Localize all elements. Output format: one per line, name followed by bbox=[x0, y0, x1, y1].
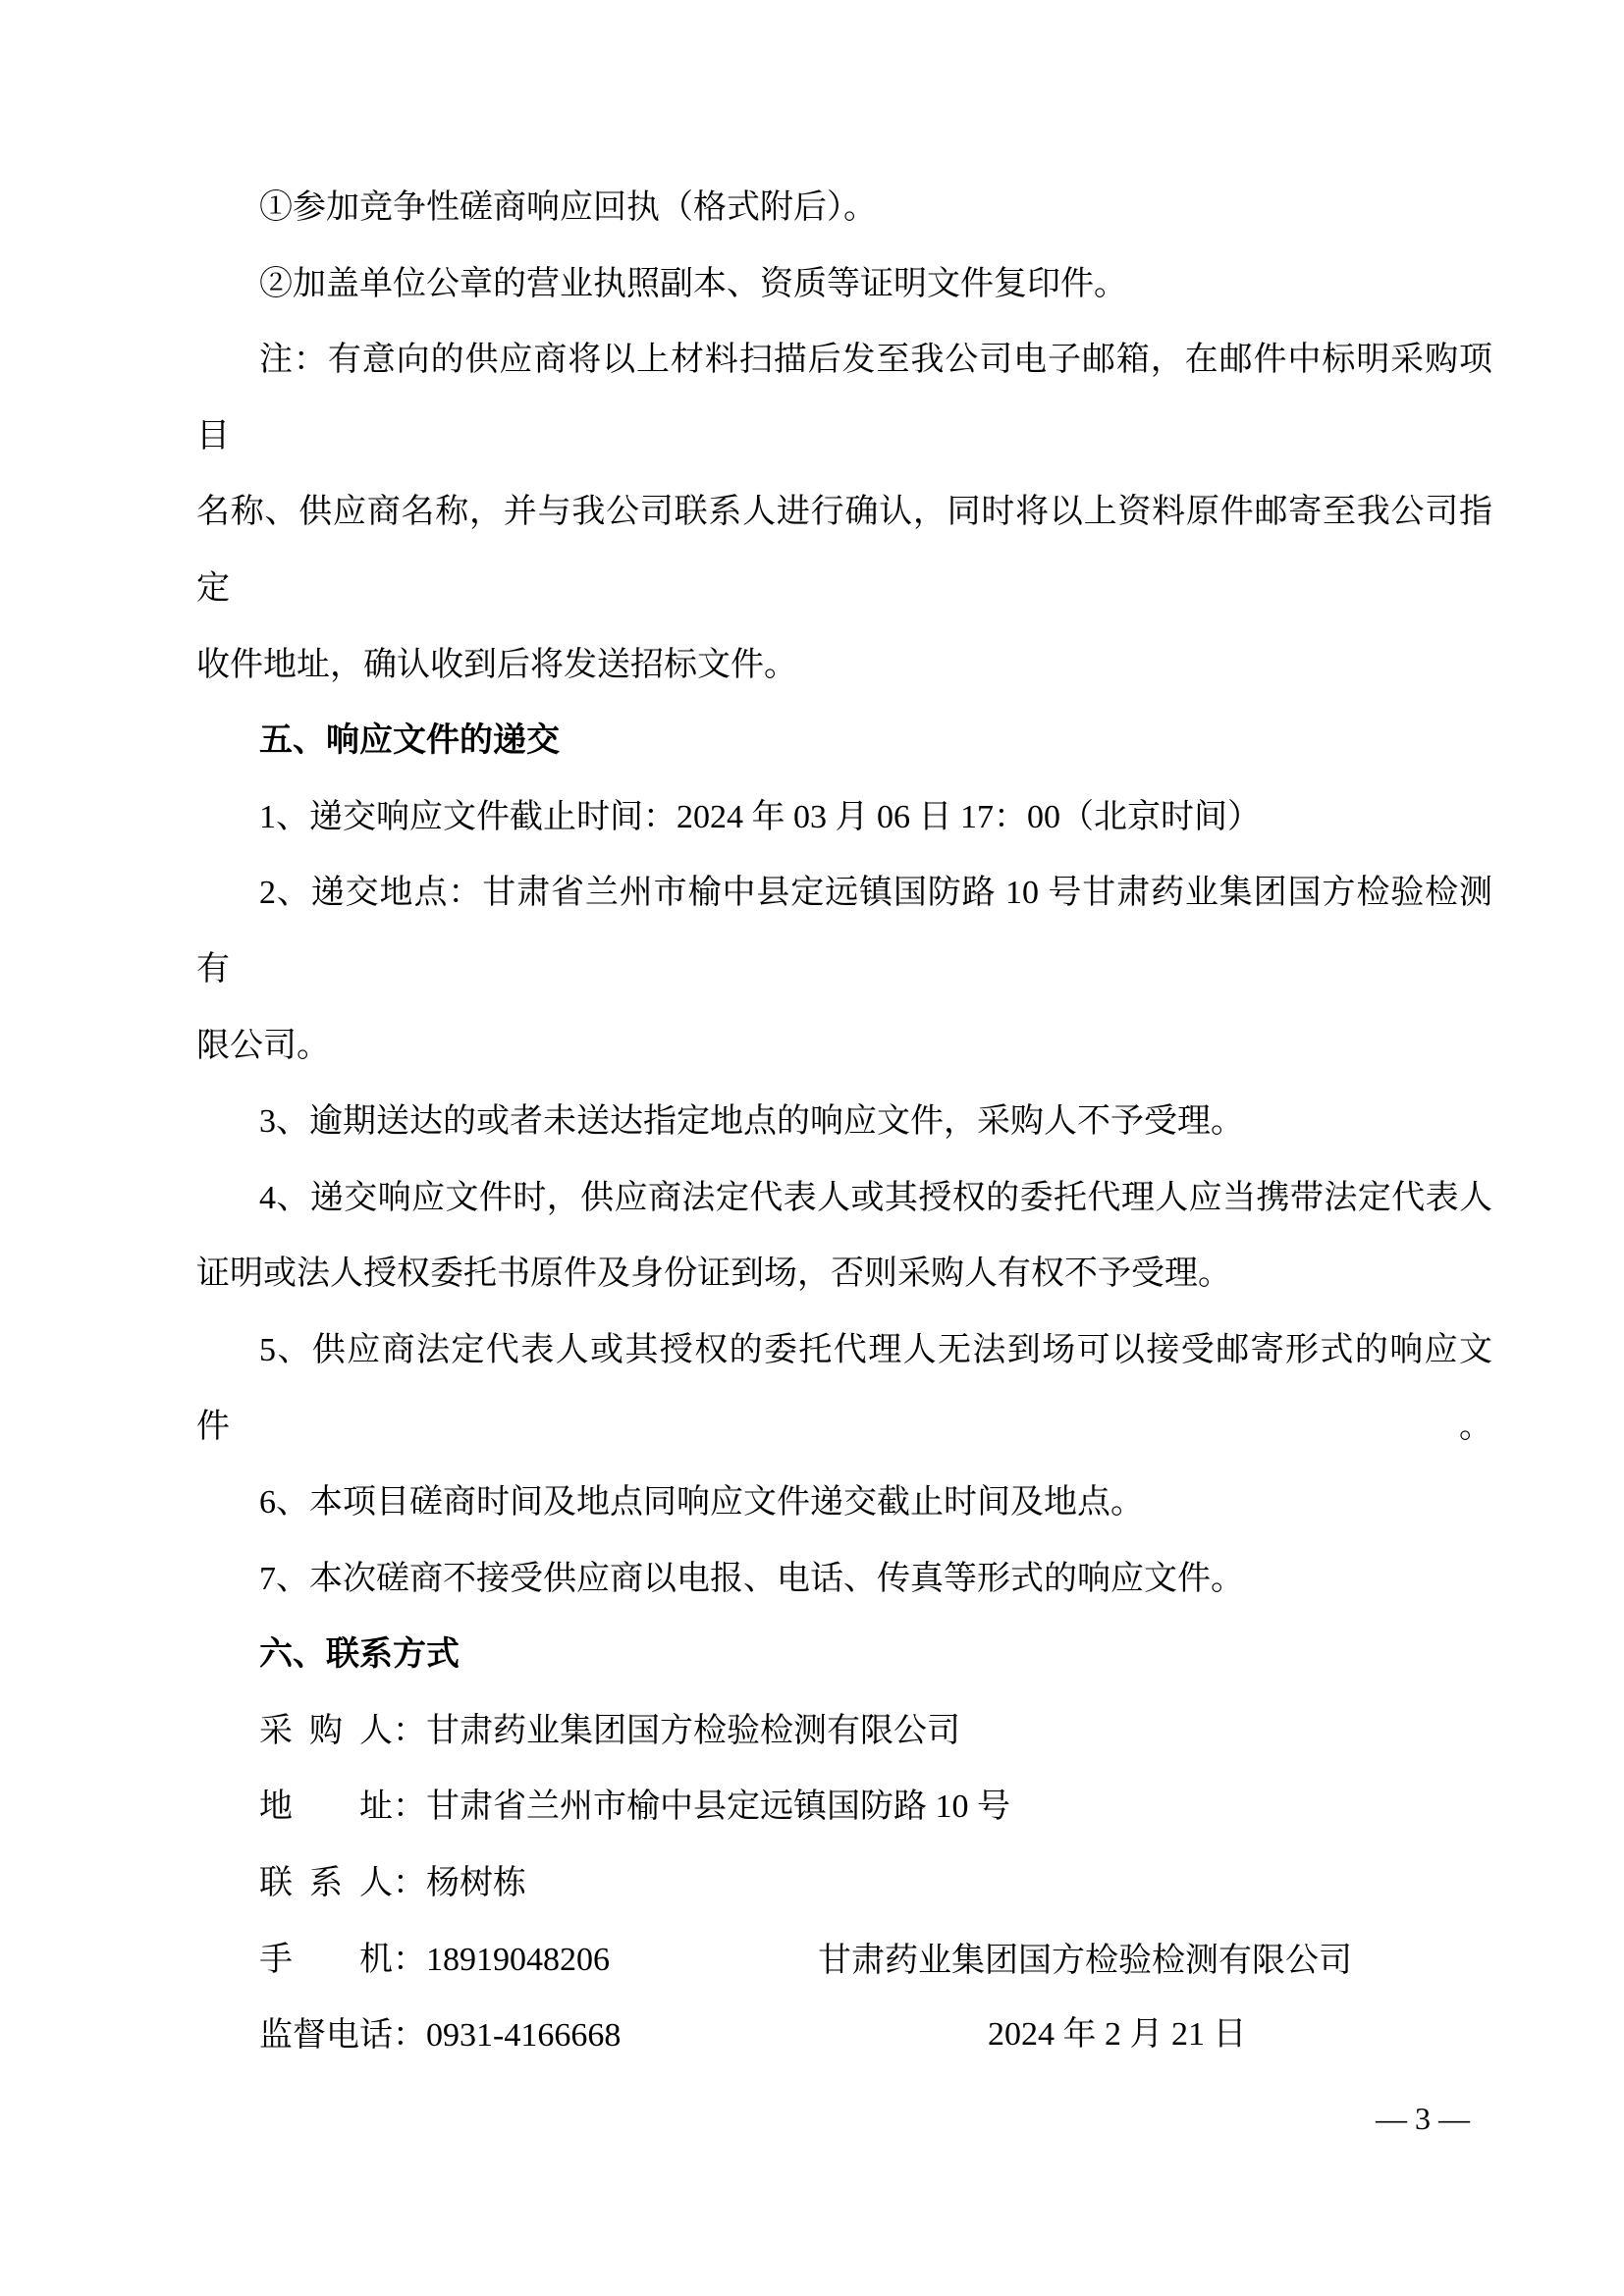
circled-item-1: ①参加竞争性磋商响应回执（格式附后）。 bbox=[196, 170, 1492, 246]
document-page: ①参加竞争性磋商响应回执（格式附后）。 ②加盖单位公章的营业执照副本、资质等证明… bbox=[0, 0, 1624, 2296]
numbered-item-4-representative-line-2: 证明或法人授权委托书原件及身份证到场，否则采购人有权不予受理。 bbox=[196, 1236, 1492, 1312]
section-heading-contact: 六、联系方式 bbox=[196, 1617, 1492, 1693]
numbered-item-3-late-delivery: 3、逾期送达的或者未送达指定地点的响应文件，采购人不予受理。 bbox=[196, 1084, 1492, 1160]
document-body: ①参加竞争性磋商响应回执（格式附后）。 ②加盖单位公章的营业执照副本、资质等证明… bbox=[196, 170, 1492, 2074]
contact-supervision-phone: 监督电话：0931-4166668 bbox=[196, 1998, 1492, 2074]
numbered-item-5-mailing: 5、供应商法定代表人或其授权的委托代理人无法到场可以接受邮寄形式的响应文件。 bbox=[196, 1312, 1492, 1465]
note-paragraph-line-3: 收件地址，确认收到后将发送招标文件。 bbox=[196, 627, 1492, 704]
numbered-item-1-deadline: 1、递交响应文件截止时间：2024 年 03 月 06 日 17：00（北京时间… bbox=[196, 779, 1492, 856]
note-paragraph-line-2: 名称、供应商名称，并与我公司联系人进行确认，同时将以上资料原件邮寄至我公司指定 bbox=[196, 474, 1492, 626]
signature-date: 2024 年 2 月 21 日 bbox=[988, 1997, 1247, 2073]
circled-item-2: ②加盖单位公章的营业执照副本、资质等证明文件复印件。 bbox=[196, 246, 1492, 323]
numbered-item-2-location-line-1: 2、递交地点：甘肃省兰州市榆中县定远镇国防路 10 号甘肃药业集团国方检验检测有 bbox=[196, 855, 1492, 1007]
numbered-item-7-no-telegraph: 7、本次磋商不接受供应商以电报、电话、传真等形式的响应文件。 bbox=[196, 1541, 1492, 1618]
numbered-item-4-representative-line-1: 4、递交响应文件时，供应商法定代表人或其授权的委托代理人应当携带法定代表人 bbox=[196, 1160, 1492, 1237]
numbered-item-6-negotiation-time: 6、本项目磋商时间及地点同响应文件递交截止时间及地点。 bbox=[196, 1465, 1492, 1541]
section-heading-submission: 五、响应文件的递交 bbox=[196, 703, 1492, 779]
contact-address: 地 址：甘肃省兰州市榆中县定远镇国防路 10 号 bbox=[196, 1769, 1492, 1845]
footer-page-number: — 3 — bbox=[1376, 2097, 1470, 2140]
note-paragraph-line-1: 注：有意向的供应商将以上材料扫描后发至我公司电子邮箱，在邮件中标明采购项目 bbox=[196, 322, 1492, 474]
contact-person: 联 系 人：杨树栋 bbox=[196, 1845, 1492, 1922]
numbered-item-2-location-line-2: 限公司。 bbox=[196, 1008, 1492, 1085]
contact-purchaser: 采 购 人：甘肃药业集团国方检验检测有限公司 bbox=[196, 1693, 1492, 1770]
signature-company-name: 甘肃药业集团国方检验检测有限公司 bbox=[818, 1923, 1352, 2000]
